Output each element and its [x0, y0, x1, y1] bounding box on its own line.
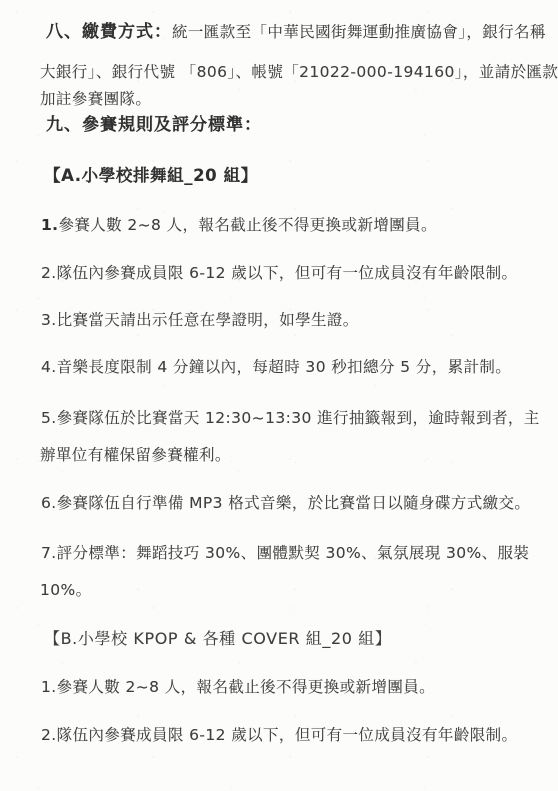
group-a-rule-7-text-1: 7.評分標準：舞蹈技巧 30%、團體默契 30%、氣氛展現 30%、服裝 — [41, 544, 529, 562]
group-a-rule-2-line: 2.隊伍內參賽成員限 6-12 歲以下，但可有一位成員沒有年齡限制。 — [41, 264, 517, 283]
group-b-rule-1-text: 1.參賽人數 2~8 人，報名截止後不得更換或新增團員。 — [41, 678, 435, 696]
payment-method-line-1: 八、繳費方式：統一匯款至「中華民國街舞運動推廣協會」，銀行名稱 「元 — [46, 22, 558, 43]
payment-method-line-3: 加註參賽團隊。 — [40, 90, 151, 109]
scanned-document-page: 八、繳費方式：統一匯款至「中華民國街舞運動推廣協會」，銀行名稱 「元 大銀行」、… — [0, 0, 558, 791]
group-b-rule-1-line: 1.參賽人數 2~8 人，報名截止後不得更換或新增團員。 — [41, 678, 435, 697]
group-b-rule-2-text: 2.隊伍內參賽成員限 6-12 歲以下，但可有一位成員沒有年齡限制。 — [41, 726, 517, 744]
group-b-heading: 【B.小學校 KPOP & 各種 COVER 組_20 組】 — [44, 629, 391, 648]
group-a-rule-4-line: 4.音樂長度限制 4 分鐘以內，每超時 30 秒扣總分 5 分，累計制。 — [41, 358, 511, 377]
group-a-rule-4-text: 4.音樂長度限制 4 分鐘以內，每超時 30 秒扣總分 5 分，累計制。 — [41, 358, 511, 376]
group-a-rule-5-line-2: 辦單位有權保留參賽權利。 — [40, 446, 231, 465]
payment-method-heading: 八、繳費方式： — [46, 22, 172, 42]
payment-method-text-1: 統一匯款至「中華民國街舞運動推廣協會」，銀行名稱 「元 — [172, 23, 558, 41]
group-a-rule-7-line-1: 7.評分標準：舞蹈技巧 30%、團體默契 30%、氣氛展現 30%、服裝 — [41, 544, 529, 563]
group-a-rule-1-line: 1.參賽人數 2~8 人，報名截止後不得更換或新增團員。 — [41, 216, 437, 235]
group-a-rule-3-text: 3.比賽當天請出示任意在學證明，如學生證。 — [41, 311, 359, 329]
group-a-heading-line: 【A.小學校排舞組_20 組】 — [44, 166, 258, 187]
group-a-rule-6-line: 6.參賽隊伍自行準備 MP3 格式音樂，於比賽當日以隨身碟方式繳交。 — [41, 494, 530, 513]
rules-section-heading: 九、參賽規則及評分標準： — [46, 115, 262, 135]
group-a-rule-7-line-2: 10%。 — [40, 581, 92, 600]
payment-method-text-2: 大銀行」、銀行代號 「806」、帳號「21022-000-194160」，並請於… — [40, 63, 558, 81]
group-b-rule-2-line: 2.隊伍內參賽成員限 6-12 歲以下，但可有一位成員沒有年齡限制。 — [41, 726, 517, 745]
group-a-rule-2-text: 2.隊伍內參賽成員限 6-12 歲以下，但可有一位成員沒有年齡限制。 — [41, 264, 517, 282]
group-a-heading: 【A.小學校排舞組_20 組】 — [44, 166, 258, 185]
group-a-rule-1-number: 1. — [41, 216, 58, 234]
group-a-rule-5-line-1: 5.參賽隊伍於比賽當天 12:30~13:30 進行抽籤報到，逾時報到者，主 — [41, 409, 540, 428]
payment-method-text-3: 加註參賽團隊。 — [40, 90, 151, 108]
group-a-rule-5-text-2: 辦單位有權保留參賽權利。 — [40, 446, 231, 464]
payment-method-line-2: 大銀行」、銀行代號 「806」、帳號「21022-000-194160」，並請於… — [40, 63, 558, 82]
group-b-heading-line: 【B.小學校 KPOP & 各種 COVER 組_20 組】 — [44, 629, 391, 649]
group-a-rule-5-text-1: 5.參賽隊伍於比賽當天 12:30~13:30 進行抽籤報到，逾時報到者，主 — [41, 409, 540, 427]
group-a-rule-3-line: 3.比賽當天請出示任意在學證明，如學生證。 — [41, 311, 359, 330]
group-a-rule-7-text-2: 10%。 — [40, 581, 92, 599]
group-a-rule-6-text: 6.參賽隊伍自行準備 MP3 格式音樂，於比賽當日以隨身碟方式繳交。 — [41, 494, 530, 512]
group-a-rule-1-text: 參賽人數 2~8 人，報名截止後不得更換或新增團員。 — [58, 216, 436, 234]
rules-section-heading-line: 九、參賽規則及評分標準： — [46, 115, 262, 136]
